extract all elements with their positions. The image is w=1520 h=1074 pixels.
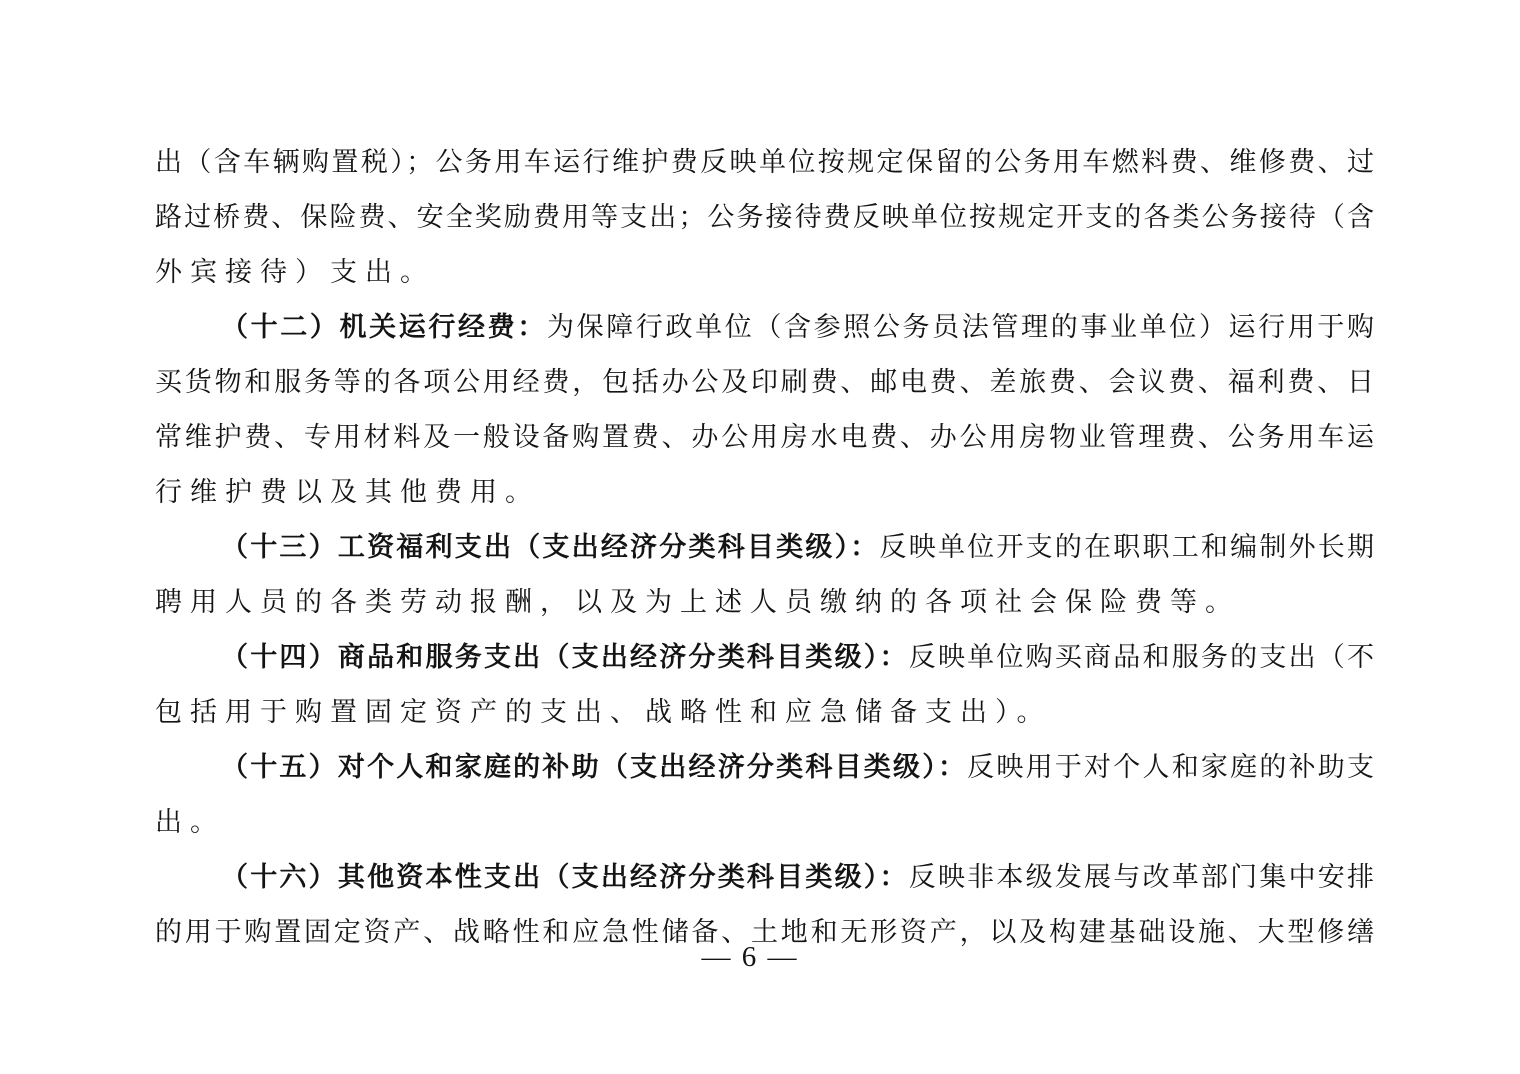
text-line: 行维护费以及其他费用。: [155, 465, 1375, 520]
line-text: 买货物和服务等的各项公用经费，包括办公及印刷费、邮电费、差旅费、会议费、福利费、…: [155, 367, 1375, 397]
text-line: （十四）商品和服务支出（支出经济分类科目类级）：反映单位购买商品和服务的支出（不: [155, 630, 1375, 685]
document-page: 出（含车辆购置税）；公务用车运行维护费反映单位按规定保留的公务用车燃料费、维修费…: [0, 0, 1520, 1074]
line-text: 行维护费以及其他费用。: [155, 477, 540, 507]
text-line: （十六）其他资本性支出（支出经济分类科目类级）：反映非本级发展与改革部门集中安排: [155, 850, 1375, 905]
text-line: 聘用人员的各类劳动报酬，以及为上述人员缴纳的各项社会保险费等。: [155, 575, 1375, 630]
text-line: 买货物和服务等的各项公用经费，包括办公及印刷费、邮电费、差旅费、会议费、福利费、…: [155, 355, 1375, 410]
text-line: （十五）对个人和家庭的补助（支出经济分类科目类级）：反映用于对个人和家庭的补助支: [155, 740, 1375, 795]
paragraph-lead-bold: （十四）商品和服务支出（支出经济分类科目类级）：: [221, 642, 909, 672]
text-line: 出（含车辆购置税）；公务用车运行维护费反映单位按规定保留的公务用车燃料费、维修费…: [155, 135, 1375, 190]
line-text: 路过桥费、保险费、安全奖励费用等支出；公务接待费反映单位按规定开支的各类公务接待…: [155, 202, 1375, 232]
line-text: 反映单位购买商品和服务的支出（不: [909, 642, 1375, 672]
text-line: （十二）机关运行经费：为保障行政单位（含参照公务员法管理的事业单位）运行用于购: [155, 300, 1375, 355]
paragraph-lead-bold: （十六）其他资本性支出（支出经济分类科目类级）：: [221, 862, 909, 892]
paragraph-lead-bold: （十五）对个人和家庭的补助（支出经济分类科目类级）：: [221, 752, 967, 782]
page-number: — 6 —: [0, 941, 1500, 974]
line-text: 常维护费、专用材料及一般设备购置费、办公用房水电费、办公用房物业管理费、公务用车…: [155, 422, 1375, 452]
line-text: 反映用于对个人和家庭的补助支: [967, 752, 1375, 782]
line-text: 聘用人员的各类劳动报酬，以及为上述人员缴纳的各项社会保险费等。: [155, 587, 1240, 617]
line-text: 出。: [155, 807, 225, 837]
text-line: 路过桥费、保险费、安全奖励费用等支出；公务接待费反映单位按规定开支的各类公务接待…: [155, 190, 1375, 245]
text-line: 常维护费、专用材料及一般设备购置费、办公用房水电费、办公用房物业管理费、公务用车…: [155, 410, 1375, 465]
text-block: 出（含车辆购置税）；公务用车运行维护费反映单位按规定保留的公务用车燃料费、维修费…: [155, 135, 1375, 960]
line-text: 包括用于购置固定资产的支出、战略性和应急储备支出）。: [155, 697, 1052, 727]
line-text: 为保障行政单位（含参照公务员法管理的事业单位）运行用于购: [547, 312, 1375, 342]
line-text: 外宾接待）支出。: [155, 257, 435, 287]
line-text: 反映非本级发展与改革部门集中安排: [909, 862, 1375, 892]
paragraph-lead-bold: （十三）工资福利支出（支出经济分类科目类级）：: [221, 532, 880, 562]
paragraph-lead-bold: （十二）机关运行经费：: [221, 312, 547, 342]
text-line: 包括用于购置固定资产的支出、战略性和应急储备支出）。: [155, 685, 1375, 740]
line-text: 出（含车辆购置税）；公务用车运行维护费反映单位按规定保留的公务用车燃料费、维修费…: [155, 147, 1375, 177]
line-text: 反映单位开支的在职职工和编制外长期: [880, 532, 1375, 562]
text-line: 外宾接待）支出。: [155, 245, 1375, 300]
text-line: （十三）工资福利支出（支出经济分类科目类级）：反映单位开支的在职职工和编制外长期: [155, 520, 1375, 575]
text-line: 出。: [155, 795, 1375, 850]
page-number-label: — 6 —: [702, 941, 799, 973]
